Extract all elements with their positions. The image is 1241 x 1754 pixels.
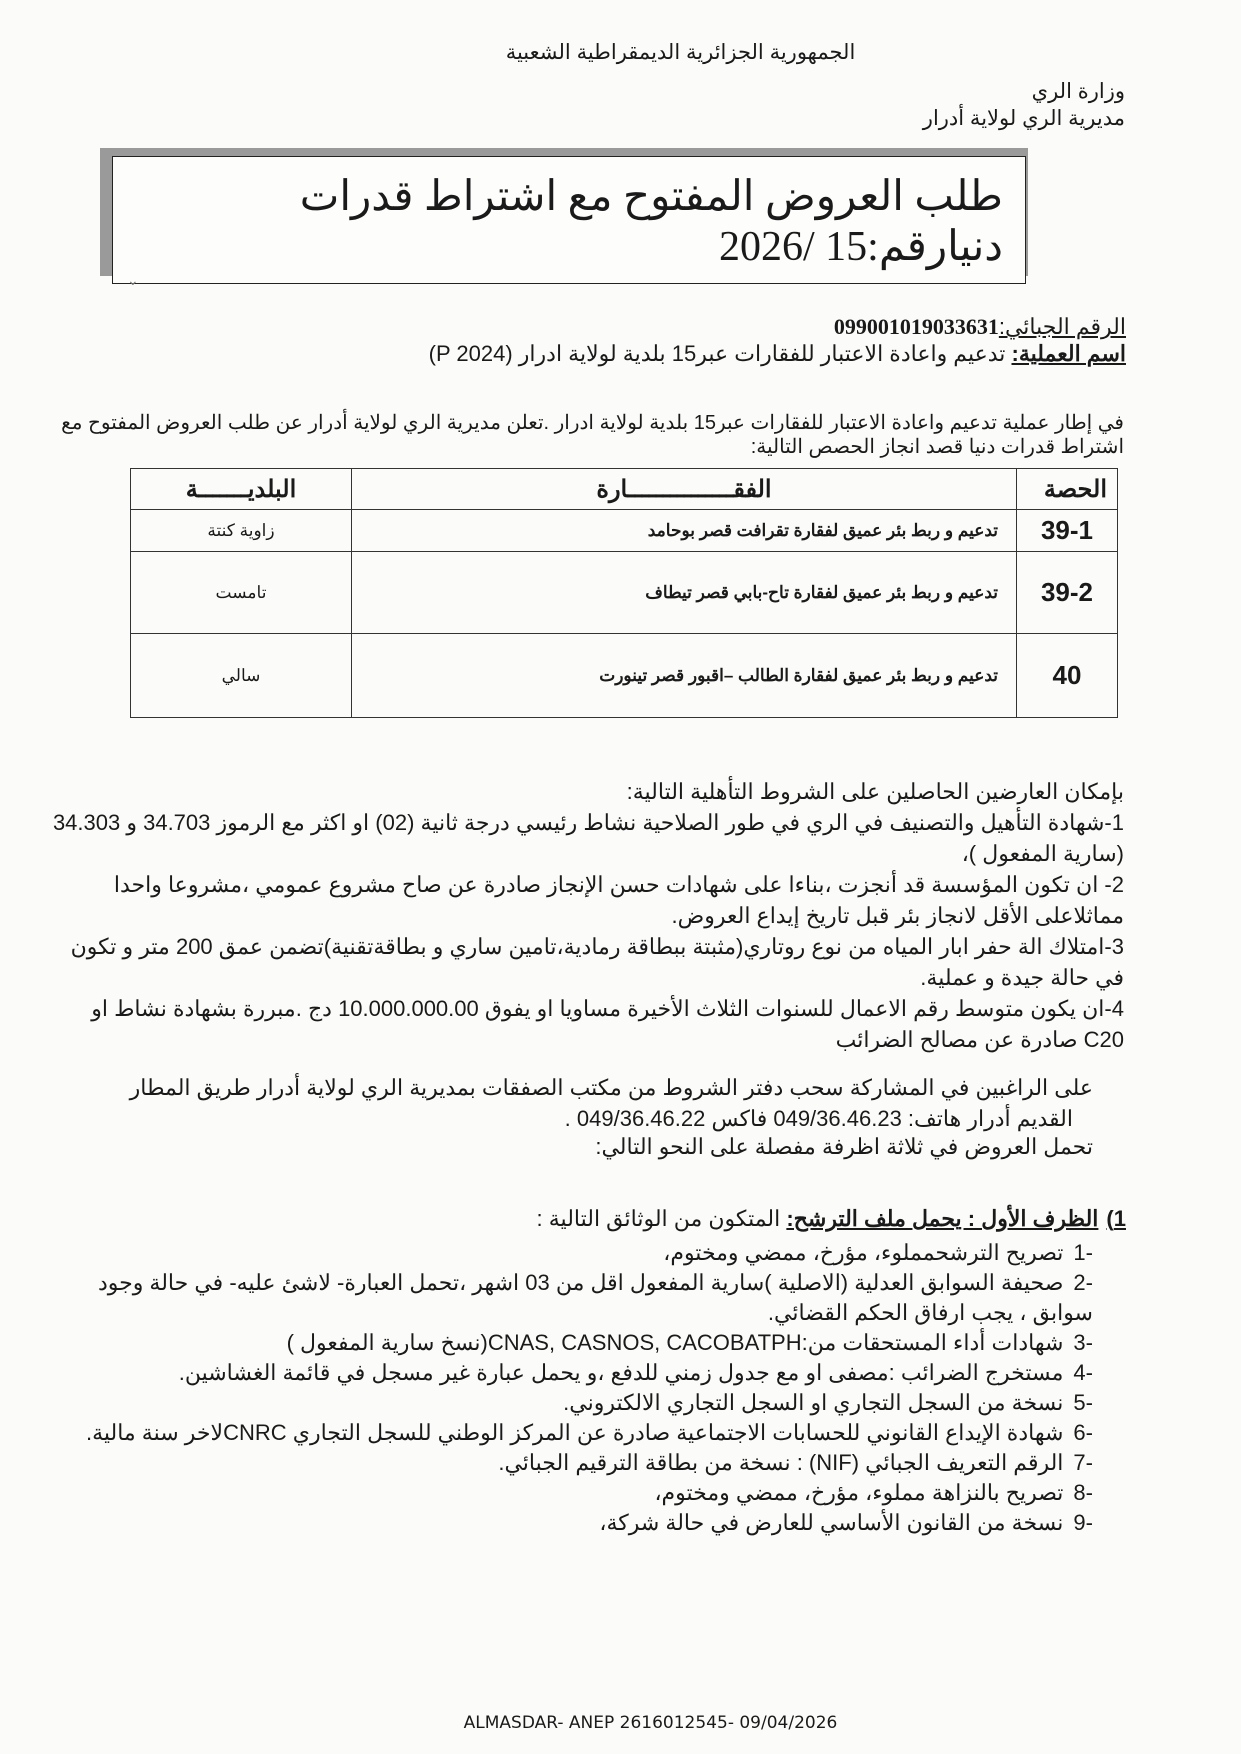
document-item: -3شهادات أداء المستحقات من:CNAS, CASNOS,… [70, 1328, 1093, 1358]
municipality-name: زاوية كنتة [131, 510, 352, 552]
table-row: 39-2 تدعيم و ربط بئر عميق لفقارة تاح-باب… [131, 552, 1118, 634]
envelopes-intro: تحمل العروض في ثلاثة اظرفة مفصلة على الن… [595, 1134, 1093, 1160]
document-item: -8تصريح بالنزاهة مملوء، مؤرخ، ممضي ومختو… [70, 1478, 1093, 1508]
table-row: 40 تدعيم و ربط بئر عميق لفقارة الطالب –ا… [131, 634, 1118, 718]
envelope-number: 1) [1106, 1206, 1126, 1231]
scan-mark: ⌄ [127, 272, 139, 289]
municipality-name: سالي [131, 634, 352, 718]
lot-number: 39-1 [1017, 510, 1118, 552]
tax-id-line: الرقم الجبائي:099001019033631 [834, 314, 1126, 340]
operation-line: اسم العملية: تدعيم واعادة الاعتبار للفقا… [429, 341, 1126, 367]
table-header-row: الحصة الفقـــــــــــــــارة البلديـــــ… [131, 469, 1118, 510]
document-item: -7الرقم التعريف الجبائي (NIF) : نسخة من … [70, 1448, 1093, 1478]
foggara-description: تدعيم و ربط بئر عميق لفقارة تاح-بابي قصر… [352, 552, 1017, 634]
table-row: 39-1 تدعيم و ربط بئر عميق لفقارة تقرافت … [131, 510, 1118, 552]
withdrawal-info: على الراغبين في المشاركة سحب دفتر الشروط… [50, 1072, 1093, 1134]
document-item: -2صحيفة السوابق العدلية (الاصلية )سارية … [70, 1268, 1093, 1328]
envelope-one-heading: 1)الظرف الأول : يحمل ملف الترشح: المتكون… [537, 1206, 1126, 1232]
publication-footer: ALMASDAR- ANEP 2616012545- 09/04/2026 [0, 1713, 1241, 1733]
title-box: طلب العروض المفتوح مع اشتراط قدرات دنيار… [112, 156, 1026, 284]
tax-id-value: 099001019033631 [834, 314, 999, 339]
header-lot: الحصة [1017, 469, 1118, 510]
foggara-description: تدعيم و ربط بئر عميق لفقارة الطالب –اقبو… [352, 634, 1017, 718]
header-foggara: الفقـــــــــــــــارة [352, 469, 1017, 510]
withdrawal-line: على الراغبين في المشاركة سحب دفتر الشروط… [50, 1072, 1093, 1103]
condition-item: 3-امتلاك الة حفر ابار المياه من نوع روتا… [50, 931, 1124, 993]
tax-id-label: الرقم الجبائي: [999, 314, 1126, 339]
lot-number: 39-2 [1017, 552, 1118, 634]
document-item: -1تصريح الترشحمملوء، مؤرخ، ممضي ومختوم، [70, 1238, 1093, 1268]
condition-item: 2- ان تكون المؤسسة قد أنجزت ،بناءا على ش… [50, 869, 1124, 931]
operation-label: اسم العملية: [1012, 341, 1127, 366]
condition-item: 1-شهادة التأهيل والتصنيف في الري في طور … [50, 807, 1124, 869]
operation-value: تدعيم واعادة الاعتبار للفقارات عبر15 بلد… [429, 341, 1012, 366]
document-item: -5نسخة من السجل التجاري او السجل التجاري… [70, 1388, 1093, 1418]
contact-line: القديم أدرار هاتف: 049/36.46.23 فاكس 049… [50, 1103, 1093, 1134]
directorate-name: مديرية الري لولاية أدرار [923, 105, 1125, 132]
intro-paragraph: في إطار عملية تدعيم واعادة الاعتبار للفق… [52, 411, 1124, 459]
ministry-name: وزارة الري [923, 78, 1125, 105]
envelope-description: المتكون من الوثائق التالية : [537, 1206, 787, 1231]
condition-item: 4-ان يكون متوسط رقم الاعمال للسنوات الثل… [50, 993, 1124, 1055]
issuing-authority: وزارة الري مديرية الري لولاية أدرار [923, 78, 1125, 132]
qualification-conditions: بإمكان العارضين الحاصلين على الشروط التأ… [50, 776, 1124, 1055]
conditions-intro: بإمكان العارضين الحاصلين على الشروط التأ… [50, 776, 1124, 807]
municipality-name: تامست [131, 552, 352, 634]
lot-number: 40 [1017, 634, 1118, 718]
document-item: -6شهادة الإيداع القانوني للحسابات الاجتم… [70, 1418, 1093, 1448]
notice-title: طلب العروض المفتوح مع اشتراط قدرات دنيار… [113, 171, 1003, 271]
document-item: -9نسخة من القانون الأساسي للعارض في حالة… [70, 1508, 1093, 1538]
required-documents-list: -1تصريح الترشحمملوء، مؤرخ، ممضي ومختوم، … [70, 1238, 1093, 1538]
envelope-label: الظرف الأول : يحمل ملف الترشح: [786, 1206, 1098, 1231]
republic-heading: الجمهورية الجزائرية الديمقراطية الشعبية [0, 40, 1241, 65]
lots-table: الحصة الفقـــــــــــــــارة البلديـــــ… [130, 468, 1118, 718]
document-item: -4مستخرج الضرائب :مصفى او مع جدول زمني ل… [70, 1358, 1093, 1388]
foggara-description: تدعيم و ربط بئر عميق لفقارة تقرافت قصر ب… [352, 510, 1017, 552]
header-municipality: البلديـــــــة [131, 469, 352, 510]
